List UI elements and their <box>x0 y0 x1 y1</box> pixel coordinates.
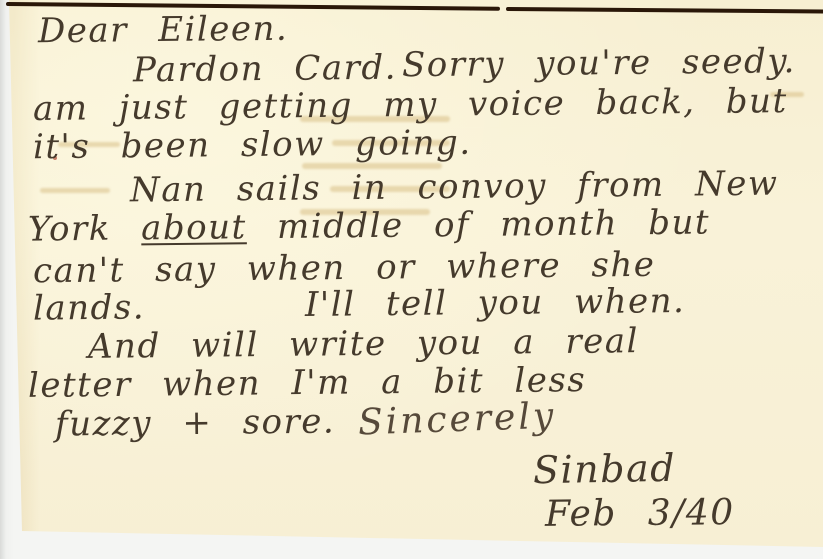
letter-line: And will write you a real <box>88 324 639 364</box>
letter-line-segment: middle of month but <box>247 202 711 247</box>
letter-line: York about middle of month but <box>28 205 710 246</box>
closing: Sincerely <box>357 399 556 442</box>
letter-line: fuzzy + sore. <box>55 405 336 442</box>
letter-line: Nan sails in convoy from New <box>130 167 779 208</box>
underlined-word: about <box>141 207 247 248</box>
letter-line-segment: York <box>28 208 142 249</box>
letter-line: Pardon Card. <box>133 51 397 88</box>
letter-line: Sorry you're seedy. I <box>402 44 823 83</box>
letter-line: lands. <box>33 290 145 325</box>
letter-line: am just getting my voice back, but <box>33 84 788 126</box>
salutation: Dear Eileen. <box>38 12 289 49</box>
signature-name: Sinbad <box>533 449 677 489</box>
letter-line: I'll tell you when. <box>305 284 686 322</box>
handwriting-layer: Dear Eileen. Pardon Card. Sorry you're s… <box>0 0 823 559</box>
postcard-scan: Dear Eileen. Pardon Card. Sorry you're s… <box>0 0 823 559</box>
date-line: Feb 3/40 <box>545 495 735 533</box>
letter-line: it's been slow going. <box>33 126 472 165</box>
